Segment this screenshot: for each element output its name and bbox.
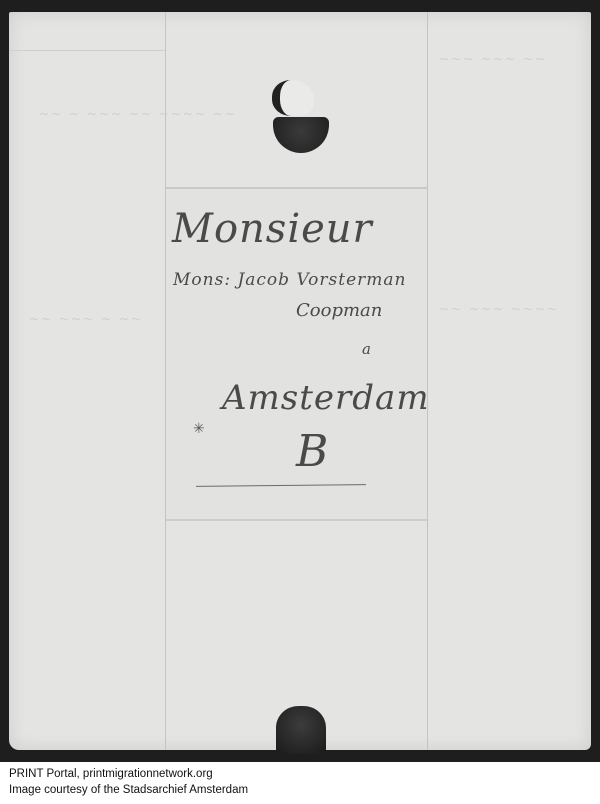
bleed-through-text: ~~ ~ ~~~ ~~ ~~~~ ~~ [39, 107, 237, 121]
address-city: Amsterdam [222, 378, 430, 418]
star-flourish-icon: ✳ [193, 420, 205, 437]
bleed-through-text: ~~~ ~~~ ~~ [439, 52, 547, 66]
broken-seal-fragment [272, 80, 314, 116]
bleed-through-text: ~~ ~~~ ~~~~ [439, 302, 559, 316]
wax-seal-bottom [276, 706, 326, 754]
document-scan: ~~ ~ ~~~ ~~ ~~~~ ~~ ~~~ ~~~ ~~ ~~ ~~~ ~ … [0, 0, 600, 762]
address-recipient: Mons: Jacob Vorsterman [173, 270, 406, 290]
image-caption: PRINT Portal, printmigrationnetwork.org … [9, 766, 248, 798]
bleed-through-text: ~~ ~~~ ~ ~~ [29, 312, 143, 326]
address-preposition: a [362, 340, 371, 358]
address-occupation: Coopman [296, 300, 382, 321]
address-salutation: Monsieur [172, 206, 373, 252]
fold-line-horizontal [9, 50, 165, 51]
address-mark: B [296, 426, 328, 477]
caption-credit: Image courtesy of the Stadsarchief Amste… [9, 782, 248, 798]
caption-source: PRINT Portal, printmigrationnetwork.org [9, 766, 248, 782]
